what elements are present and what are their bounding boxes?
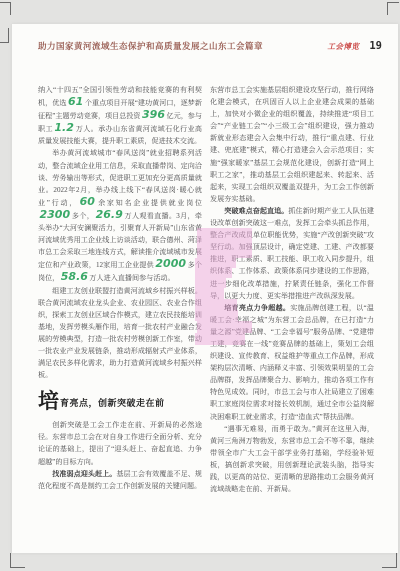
running-header: 助力国家黄河流域生态保护和高质量发展之山东工会篇章 工会博览 19 [38, 38, 382, 54]
magazine-logo: 工会博览 [327, 41, 359, 52]
two-column-body: 纳入“十四五”全国引领性劳动和技能竞赛的有利契机，优选61个重点项目开展“建功黄… [38, 84, 374, 535]
text-run: 东营市总工会实施基层组织建设攻坚行动，推行网络化建会模式，在巩固百人以上企业建会… [210, 86, 374, 203]
crop-mark-top-right [387, 2, 399, 15]
crop-mark-bottom-right [382, 553, 397, 568]
stat-number: 2000 [154, 257, 188, 270]
stat-number: 58.6 [59, 270, 89, 283]
paragraph: 举办黄河流域城市“春风送岗”就业招聘系列活动，整合流域企业用工信息，采取直播带岗… [38, 147, 202, 284]
crop-mark-top-left-1 [0, 2, 11, 15]
section-heading: 培育亮点，创新突破走在前 [38, 392, 202, 412]
bold-lead-in: 找准弱点迎头赶上。 [52, 470, 116, 478]
running-header-title: 助力国家黄河流域生态保护和高质量发展之山东工会篇章 [38, 40, 263, 52]
paragraph: 创新突破是工会工作走在前、开新局的必然途径。东营市总工会在对自身工作进行全面分析… [38, 419, 202, 467]
paragraph: 找准弱点迎头赶上。基层工会有效覆盖不足、规范化程度不高是制约工会工作创新发展的关… [38, 468, 202, 492]
stat-number: 2300 [38, 208, 72, 221]
page-number: 19 [369, 40, 382, 52]
crop-mark-bottom-left [10, 553, 25, 568]
left-text-column: 纳入“十四五”全国引领性劳动和技能竞赛的有利契机，优选61个重点项目开展“建功黄… [38, 84, 202, 535]
text-run: 实施品牌创建工程，以“温暖工会·幸福之城”为东营工会总品牌，在已打造“力量之源”… [210, 304, 374, 421]
section-heading-text: 育亮点，创新突破走在前 [60, 398, 165, 408]
paragraph: 培育亮点力争超越。实施品牌创建工程，以“温暖工会·幸福之城”为东营工会总品牌，在… [210, 302, 374, 423]
paragraph: 东营市总工会实施基层组织建设攻坚行动，推行网络化建会模式，在巩固百人以上企业建会… [210, 84, 374, 205]
paragraph: 组建工友创业联盟打造黄河流域乡村振兴样板。联合黄河流域农业龙头企业、农业园区、农… [38, 285, 202, 382]
bold-lead-in: 突破难点奋起直追。 [224, 207, 288, 215]
text-run: “遇事无难易，而勇于敢为。”黄河在这里入海，黄河三角洲万物勃发，东营市总工会不等… [210, 425, 374, 493]
text-run: 抓住新时期产业工人队伍建设改革创新突破这一难点，发挥工会牵头抓总作用，整合产改成… [210, 207, 374, 300]
stat-number: 61 [67, 95, 85, 108]
header-right-group: 工会博览 19 [327, 40, 382, 52]
bold-lead-in: 培育亮点力争超越。 [224, 304, 290, 312]
text-run: 万人进入直播间参与活动。 [89, 274, 174, 282]
section-heading-drop-char: 培 [38, 390, 60, 413]
text-run: 组建工友创业联盟打造黄河流域乡村振兴样板。联合黄河流域农业龙头企业、农业园区、农… [38, 287, 202, 380]
stat-number: 26.9 [94, 208, 124, 221]
text-run: 多个， [72, 212, 94, 220]
stat-number: 1.2 [53, 121, 76, 134]
paragraph: 突破难点奋起直追。抓住新时期产业工人队伍建设改革创新突破这一难点，发挥工会牵头抓… [210, 205, 374, 302]
stat-number: 60 [78, 195, 96, 208]
scanned-page-background: 助力国家黄河流域生态保护和高质量发展之山东工会篇章 工会博览 19 纳入“十四五… [0, 0, 400, 571]
magazine-page: 助力国家黄河流域生态保护和高质量发展之山东工会篇章 工会博览 19 纳入“十四五… [12, 24, 398, 553]
text-run: 创新突破是工会工作走在前、开新局的必然途径。东营市总工会在对自身工作进行全面分析… [38, 421, 202, 465]
paragraph: “遇事无难易，而勇于敢为。”黄河在这里入海，黄河三角洲万物勃发，东营市总工会不等… [210, 423, 374, 496]
paragraph: 纳入“十四五”全国引领性劳动和技能竞赛的有利契机，优选61个重点项目开展“建功黄… [38, 84, 202, 147]
text-run: 余家知名企业提供就业岗位 [96, 199, 202, 207]
crop-mark-top-left-2 [0, 28, 9, 43]
right-text-column: 东营市总工会实施基层组织建设攻坚行动，推行网络化建会模式，在巩固百人以上企业建会… [210, 84, 374, 535]
stat-number: 396 [141, 108, 167, 121]
